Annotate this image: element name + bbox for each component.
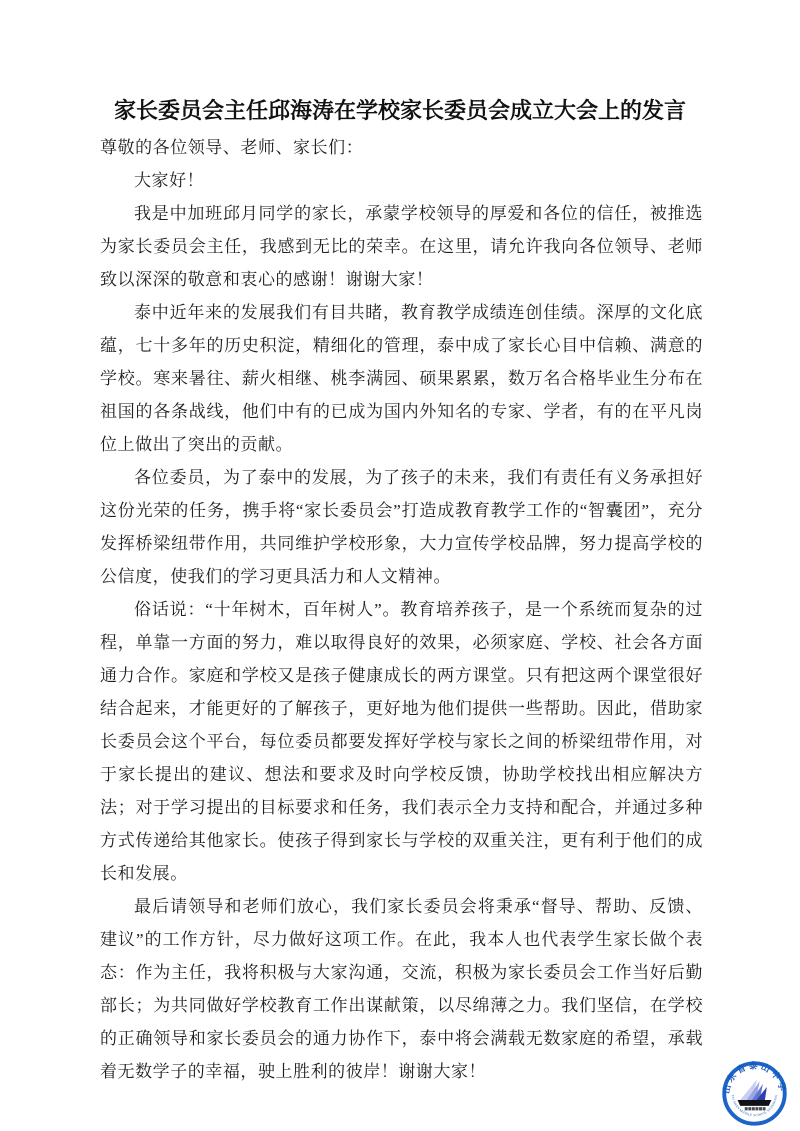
paragraph: 大家好！ — [100, 164, 703, 197]
paragraph: 最后请领导和老师们放心，我们家长委员会将秉承“督导、帮助、反馈、建议”的工作方针… — [100, 890, 703, 1088]
school-badge-logo: 山东省泰山中学 TAI SHAN MIDDLE SCHOOL SHANDONG — [722, 1061, 787, 1126]
paragraph: 尊敬的各位领导、老师、家长们： — [100, 131, 703, 164]
paragraph: 俗话说：“十年树木，百年树人”。教育培养孩子，是一个系统而复杂的过程，单靠一方面… — [100, 593, 703, 890]
paragraph: 各位委员，为了泰中的发展，为了孩子的未来，我们有责任有义务承担好这份光荣的任务，… — [100, 461, 703, 593]
paragraph: 泰中近年来的发展我们有目共睹，教育教学成绩连创佳绩。深厚的文化底蕴，七十多年的历… — [100, 296, 703, 461]
document-page: 家长委员会主任邱海涛在学校家长委员会成立大会上的发言 尊敬的各位领导、老师、家长… — [0, 0, 800, 1131]
document-title: 家长委员会主任邱海涛在学校家长委员会成立大会上的发言 — [0, 0, 800, 126]
paragraph: 我是中加班邱月同学的家长，承蒙学校领导的厚爱和各位的信任，被推选为家长委员会主任… — [100, 197, 703, 296]
document-body: 尊敬的各位领导、老师、家长们：大家好！我是中加班邱月同学的家长，承蒙学校领导的厚… — [0, 131, 800, 1088]
